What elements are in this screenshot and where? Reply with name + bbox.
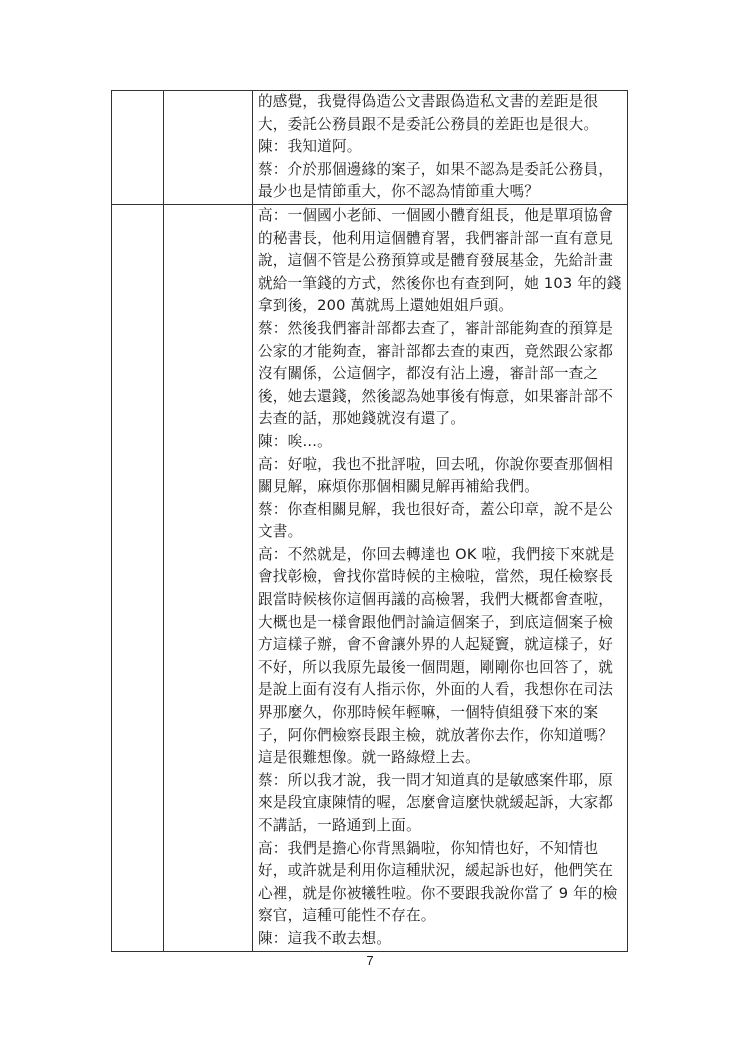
transcript-line: 子，阿你們檢察長跟主檢，就放著你去作，你知道嗎？ <box>258 725 623 748</box>
transcript-line: 是說上面有沒有人指示你，外面的人看，我想你在司法 <box>258 679 623 702</box>
transcript-line: 文書。 <box>258 521 623 544</box>
transcript-line: 蔡：介於那個邊緣的案子，如果不認為是委託公務員， <box>258 159 623 182</box>
transcript-line: 說，這個不管是公務預算或是體育發展基金，先給計畫 <box>258 250 623 273</box>
transcript-line: 不講話，一路通到上面。 <box>258 815 623 838</box>
transcript-line: 高：好啦，我也不批評啦，回去吼，你說你要查那個相 <box>258 454 623 477</box>
transcript-line: 蔡：然後我們審計部都去查了，審計部能夠查的預算是 <box>258 318 623 341</box>
table-cell-col-a <box>112 204 164 951</box>
transcript-line: 公家的才能夠查，審計部都去查的東西，竟然跟公家都 <box>258 341 623 364</box>
transcript-line: 去查的話，那她錢就沒有還了。 <box>258 408 623 431</box>
transcript-line: 陳：唉…。 <box>258 431 623 454</box>
transcript-cell: 的感覺，我覺得偽造公文書跟偽造私文書的差距是很 大，委託公務員跟不是委託公務員的… <box>253 91 628 205</box>
transcript-line: 來是段宜康陳情的喔，怎麼會這麼快就緩起訴，大家都 <box>258 792 623 815</box>
transcript-line: 陳：這我不敢去想。 <box>258 928 623 951</box>
table-cell-col-b <box>164 91 253 205</box>
transcript-line: 界那麼久，你那時候年輕嘛，一個特偵組發下來的案 <box>258 702 623 725</box>
table-cell-col-b <box>164 204 253 951</box>
transcript-line: 拿到後，200 萬就馬上還她姐姐戶頭。 <box>258 295 623 318</box>
transcript-table: 的感覺，我覺得偽造公文書跟偽造私文書的差距是很 大，委託公務員跟不是委託公務員的… <box>111 90 628 952</box>
transcript-line: 心裡，就是你被犧牲啦。你不要跟我說你當了 9 年的檢 <box>258 883 623 906</box>
transcript-line: 好，或許就是利用你這種狀況，緩起訴也好，他們笑在 <box>258 860 623 883</box>
transcript-line: 的秘書長，他利用這個體育署，我們審計部一直有意見 <box>258 228 623 251</box>
transcript-line: 高：我們是擔心你背黑鍋啦，你知情也好，不知情也 <box>258 838 623 861</box>
table-row: 的感覺，我覺得偽造公文書跟偽造私文書的差距是很 大，委託公務員跟不是委託公務員的… <box>112 91 628 205</box>
transcript-line: 蔡：所以我才說，我一問才知道真的是敏感案件耶，原 <box>258 770 623 793</box>
transcript-line: 高：一個國小老師、一個國小體育組長，他是單項協會 <box>258 205 623 228</box>
transcript-line: 就給一筆錢的方式，然後你也有查到阿，她 103 年的錢 <box>258 273 623 296</box>
transcript-line: 沒有關係，公這個字，都沒有沾上邊，審計部一查之 <box>258 363 623 386</box>
table-cell-col-a <box>112 91 164 205</box>
transcript-line: 陳：我知道阿。 <box>258 136 623 159</box>
transcript-line: 關見解，麻煩你那個相關見解再補給我們。 <box>258 476 623 499</box>
transcript-line: 察官，這種可能性不存在。 <box>258 905 623 928</box>
transcript-line: 不好，所以我原先最後一個問題，剛剛你也回答了，就 <box>258 657 623 680</box>
table-row: 高：一個國小老師、一個國小體育組長，他是單項協會 的秘書長，他利用這個體育署，我… <box>112 204 628 951</box>
transcript-line: 大概也是一樣會跟他們討論這個案子，到底這個案子檢 <box>258 612 623 635</box>
transcript-line: 這是很難想像。就一路綠燈上去。 <box>258 747 623 770</box>
transcript-line: 後，她去還錢，然後認為她事後有悔意，如果審計部不 <box>258 386 623 409</box>
transcript-line: 最少也是情節重大，你不認為情節重大嗎？ <box>258 181 623 204</box>
transcript-line: 高：不然就是，你回去轉達也 OK 啦，我們接下來就是 <box>258 544 623 567</box>
transcript-line: 蔡：你查相關見解，我也很好奇，蓋公印章，說不是公 <box>258 499 623 522</box>
transcript-line: 跟當時候核你這個再議的高檢署，我們大概都會查啦， <box>258 589 623 612</box>
transcript-line: 會找彰檢，會找你當時候的主檢啦，當然，現任檢察長 <box>258 566 623 589</box>
transcript-line: 大，委託公務員跟不是委託公務員的差距也是很大。 <box>258 114 623 137</box>
transcript-cell: 高：一個國小老師、一個國小體育組長，他是單項協會 的秘書長，他利用這個體育署，我… <box>253 204 628 951</box>
page-number: 7 <box>0 953 740 968</box>
transcript-line: 的感覺，我覺得偽造公文書跟偽造私文書的差距是很 <box>258 91 623 114</box>
transcript-line: 方這樣子辦，會不會讓外界的人起疑竇，就這樣子，好 <box>258 634 623 657</box>
